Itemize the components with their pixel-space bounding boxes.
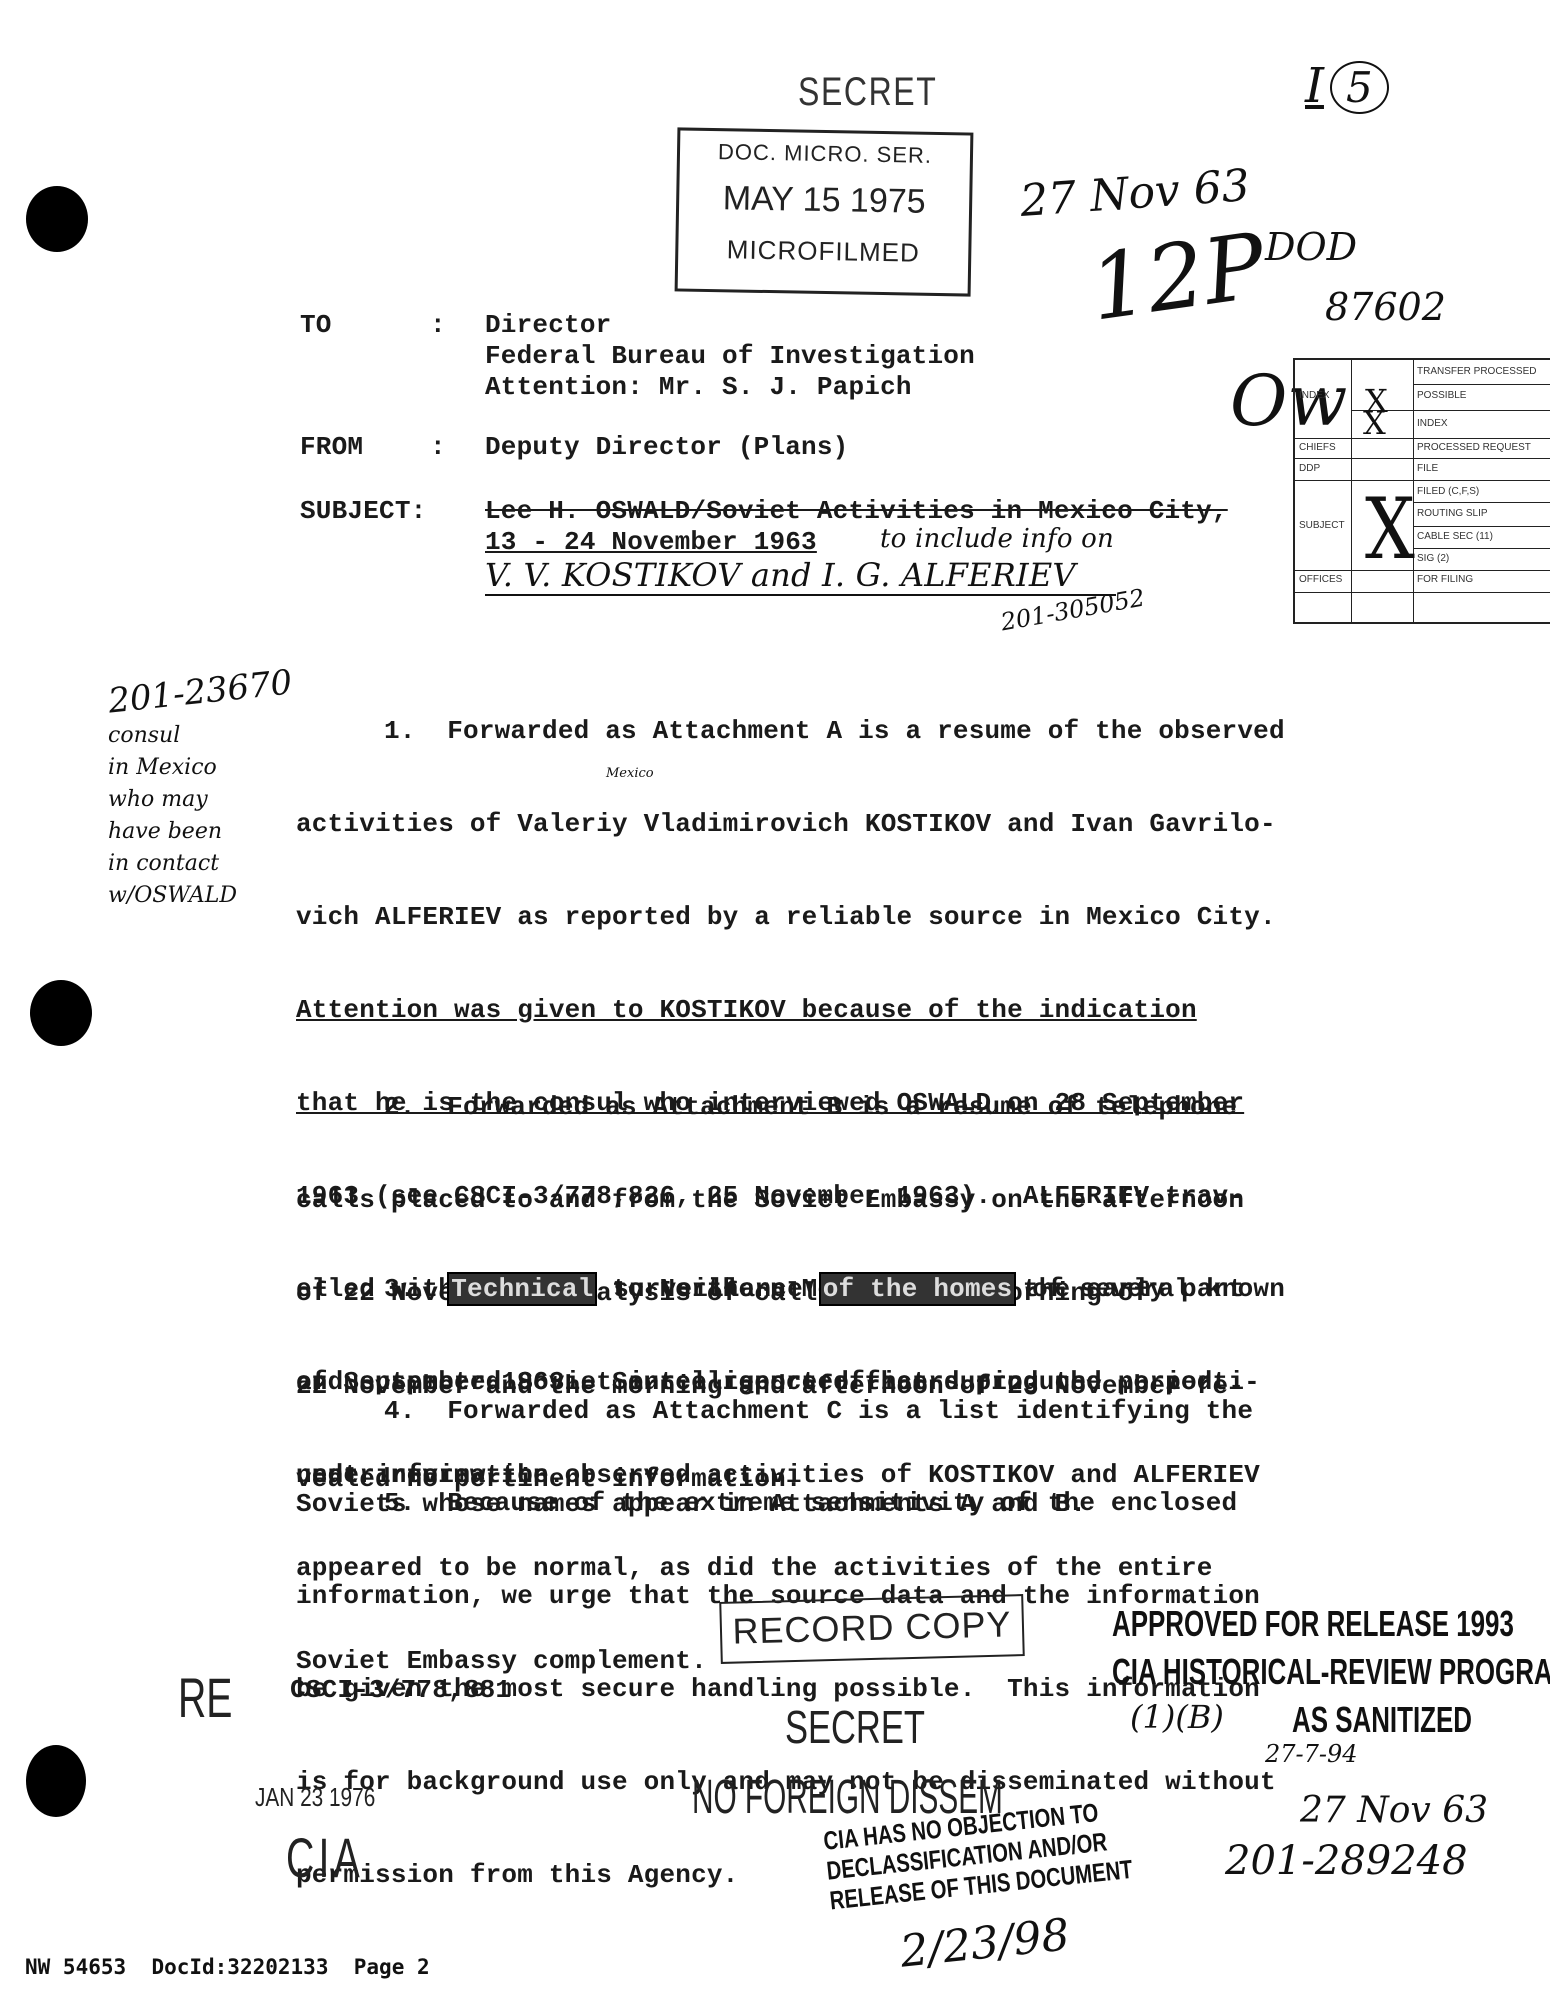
paragraph-line: Because of the extreme sensitivity of th…	[447, 1488, 1237, 1518]
footer-nw: NW 54653	[25, 1955, 126, 1979]
margin-file-number: 201-23670	[106, 662, 294, 721]
cia-stamp: CIA	[286, 1825, 364, 1890]
margin-note-line: who may	[108, 784, 288, 816]
from-colon: :	[430, 432, 446, 462]
re-mark: RE	[178, 1665, 232, 1730]
to-line-2: Federal Bureau of Investigation	[485, 341, 975, 371]
handwritten-exemption: (1)(B)	[1130, 1698, 1224, 1736]
subject-line-1: Lee H. OSWALD/Soviet Activities in Mexic…	[485, 496, 1228, 526]
footer-page: Page 2	[354, 1955, 430, 1979]
footer: NW 54653 DocId:32202133 Page 2	[25, 1955, 430, 1979]
tab-reference: I5	[1305, 58, 1389, 114]
paragraph-line: Forwarded as Attachment C is a list iden…	[447, 1396, 1253, 1426]
tab-prefix: I	[1305, 58, 1324, 114]
margin-note-line: have been	[108, 816, 288, 848]
microfilm-stamp: DOC. MICRO. SER. MAY 15 1975 MICROFILMED	[675, 127, 974, 296]
punch-hole	[30, 980, 92, 1046]
to-line-1: Director	[485, 310, 611, 340]
redacted-text: of the homes	[819, 1272, 1017, 1306]
subject-line-2: 13 - 24 November 1963	[485, 527, 817, 557]
classification-bottom: SECRET	[785, 1700, 925, 1754]
interlinear-note: Mexico	[606, 766, 654, 781]
reference-cable: CSCI-3/778,881	[290, 1675, 511, 1705]
classification-top: SECRET	[798, 70, 937, 115]
margin-note-line: w/OSWALD	[108, 880, 288, 912]
subject-handwritten: to include info on	[880, 524, 1114, 554]
paragraph-line: Forwarded as Attachment B is a resume of…	[447, 1092, 1237, 1122]
paragraph-line: activities of Valeriy Vladimirovich KOST…	[296, 809, 1426, 840]
handwritten-dod: DOD	[1265, 225, 1357, 269]
microfilm-series: DOC. MICRO. SER.	[680, 138, 970, 169]
jan-date-stamp: JAN 23 1976	[255, 1782, 375, 1813]
redacted-text: Technical	[447, 1272, 597, 1306]
from-value: Deputy Director (Plans)	[485, 432, 848, 462]
release-line-1: APPROVED FOR RELEASE 1993	[1112, 1600, 1550, 1648]
punch-hole	[26, 186, 88, 252]
footer-docid: DocId:32202133	[151, 1955, 328, 1979]
paragraph-line: vich ALFERIEV as reported by a reliable …	[296, 902, 1426, 933]
to-line-3: Attention: Mr. S. J. Papich	[485, 372, 912, 402]
subject-handwritten-line-2: V. V. KOSTIKOV and I. G. ALFERIEV	[485, 556, 1116, 596]
paragraph-line: Attention was given to KOSTIKOV because …	[296, 995, 1426, 1026]
to-label: TO	[300, 310, 332, 340]
margin-note-line: in Mexico	[108, 752, 288, 784]
to-colon: :	[430, 310, 446, 340]
margin-note: consul in Mexico who may have been in co…	[108, 720, 288, 912]
subject-label: SUBJECT:	[300, 496, 426, 526]
release-line-2: CIA HISTORICAL-REVIEW PROGRAM	[1112, 1648, 1550, 1696]
paragraph-number: 2.	[296, 1092, 416, 1122]
margin-note-line: consul	[108, 720, 288, 752]
handwritten-file-number-bottom: 201-289248	[1225, 1838, 1468, 1884]
microfilmed-label: MICROFILMED	[678, 233, 968, 269]
paragraph-text: surveillance	[613, 1274, 803, 1304]
paragraph-number: 3.	[296, 1274, 416, 1304]
handwritten-review-date: 27-7-94	[1265, 1740, 1358, 1768]
margin-note-line: in contact	[108, 848, 288, 880]
memo-header: TO : Director Federal Bureau of Investig…	[0, 310, 1550, 610]
handwritten-date-bottom: 27 Nov 63	[1300, 1790, 1488, 1831]
paragraph-number: 4.	[296, 1396, 416, 1426]
handwritten-date: 27 Nov 63	[1019, 160, 1252, 227]
paragraph-text: of several known	[1032, 1274, 1285, 1304]
tab-number-circled: 5	[1330, 61, 1389, 114]
record-copy-stamp: RECORD COPY	[719, 1594, 1025, 1664]
from-label: FROM	[300, 432, 363, 462]
paragraph-number: 1.	[296, 716, 416, 746]
paragraph-number: 5.	[296, 1488, 416, 1518]
paragraph-line: Forwarded as Attachment A is a resume of…	[447, 716, 1285, 746]
punch-hole	[26, 1745, 86, 1817]
microfilm-date: MAY 15 1975	[679, 178, 970, 222]
